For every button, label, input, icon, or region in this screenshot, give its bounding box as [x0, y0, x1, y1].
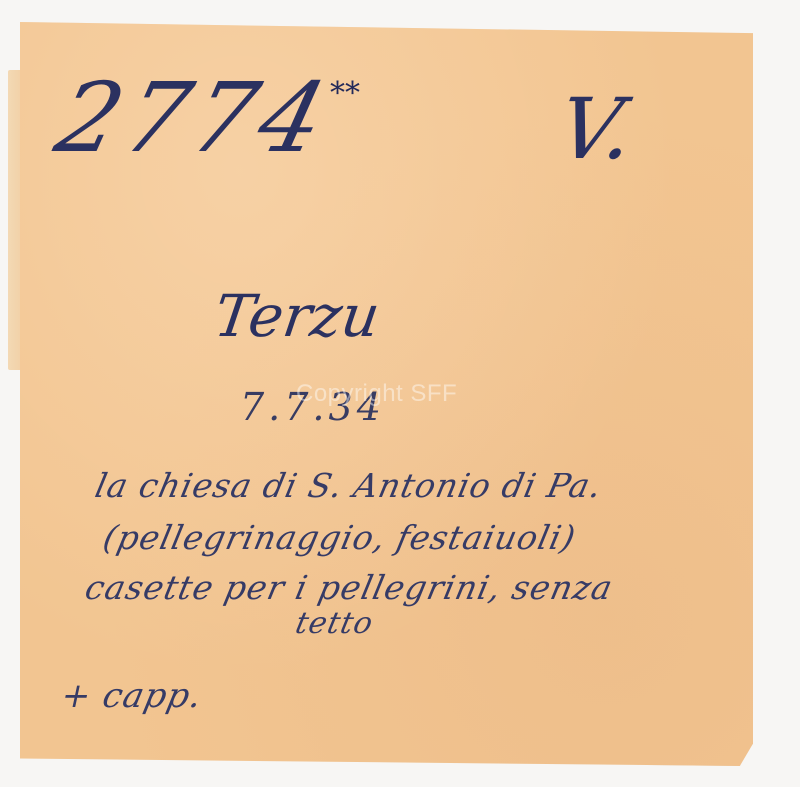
note-line: + capp. [58, 676, 206, 716]
note-line: tetto [292, 606, 376, 641]
note-line: (pellegrinaggio, festaiuoli) [100, 518, 580, 557]
star-marks: ** [330, 76, 360, 111]
note-line: la chiesa di S. Antonio di Pa. [92, 466, 606, 505]
scan-background: 2774 ** V. Terzu 7.7.34 Copyright SFF la… [0, 0, 800, 787]
copyright-watermark: Copyright SFF [296, 380, 457, 408]
note-line: casette per i pellegrini, senza [82, 568, 617, 607]
place-name: Terzu [210, 282, 384, 350]
catalog-number: 2774 [46, 62, 342, 174]
